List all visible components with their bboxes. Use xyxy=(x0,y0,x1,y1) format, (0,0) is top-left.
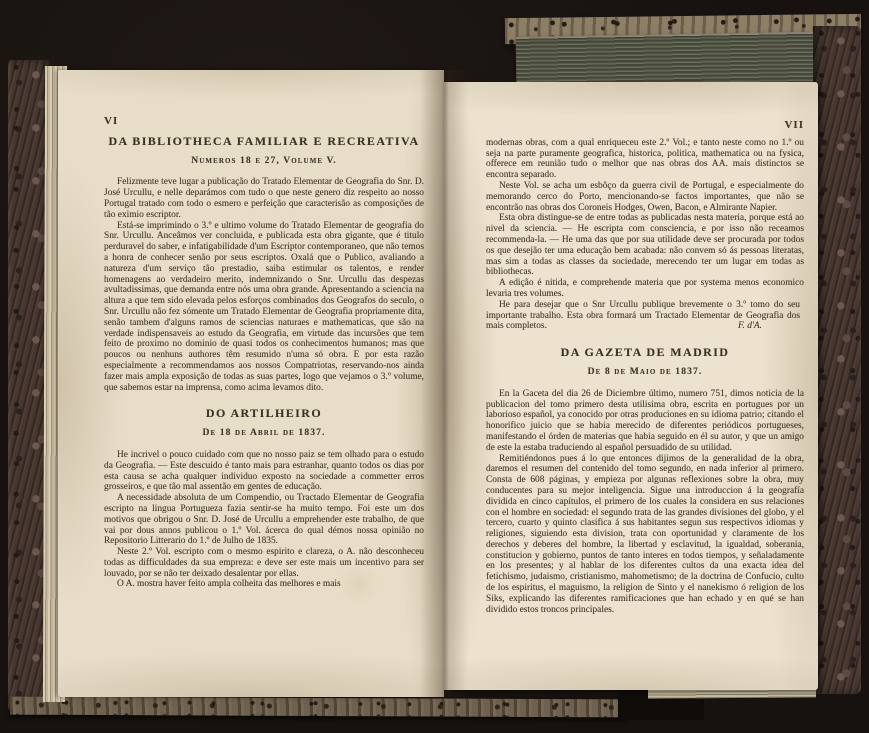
section-subheading-gazeta: De 8 de Maio de 1837. xyxy=(486,367,804,378)
page-number-right: VII xyxy=(486,120,804,131)
paragraph: Está-se imprimindo o 3.º e ultimo volume… xyxy=(104,221,424,394)
paragraph: En la Gaceta del dia 26 de Diciembre últ… xyxy=(486,389,804,454)
paragraph-with-signature: He para desejar que o Snr Urcullu publiq… xyxy=(486,300,804,332)
section-heading-gazeta: DA GAZETA DE MADRID xyxy=(486,347,804,358)
paragraph: Remitiéndonos pues á lo que entonces dij… xyxy=(486,454,804,616)
paragraph: A edição é nitida, e comprehende materia… xyxy=(486,278,804,300)
paragraph: O A. mostra haver feito ampla colheita d… xyxy=(104,579,424,590)
paragraph: Neste Vol. se acha um esbôço da guerra c… xyxy=(486,181,804,213)
paragraph: A necessidade absoluta de um Compendio, … xyxy=(104,493,424,547)
paragraph: Esta obra distingue-se de entre todas as… xyxy=(486,213,804,278)
right-cover-marbled-edge xyxy=(813,26,861,694)
section-subheading-bibliotheca: Numeros 18 e 27, Volume V. xyxy=(104,156,424,167)
paragraph: Neste 2.º Vol. escripto com o mesmo espi… xyxy=(104,547,424,579)
left-page-text-column: VI DA BIBLIOTHECA FAMILIAR E RECREATIVA … xyxy=(104,116,424,590)
section-subheading-artilheiro: De 18 de Abril de 1837. xyxy=(104,428,424,439)
book-scan-photo: VI DA BIBLIOTHECA FAMILIAR E RECREATIVA … xyxy=(0,0,869,733)
page-number-left: VI xyxy=(104,116,424,127)
section-heading-artilheiro: DO ARTILHEIRO xyxy=(104,408,424,419)
book-gutter-shadow xyxy=(420,70,468,697)
paragraph: modernas obras, com a qual enriqueceu es… xyxy=(486,138,804,181)
paragraph: He incrivel o pouco cuidado com que no n… xyxy=(104,450,424,493)
reviewer-signature: F. d'A. xyxy=(738,321,762,332)
right-page-text-column: VII modernas obras, com a qual enriquece… xyxy=(486,120,804,615)
section-heading-bibliotheca: DA BIBLIOTHECA FAMILIAR E RECREATIVA xyxy=(104,136,424,147)
paragraph: Felizmente teve lugar a publicação do Tr… xyxy=(104,177,424,220)
bottom-cover-marbled-edge xyxy=(10,697,628,718)
